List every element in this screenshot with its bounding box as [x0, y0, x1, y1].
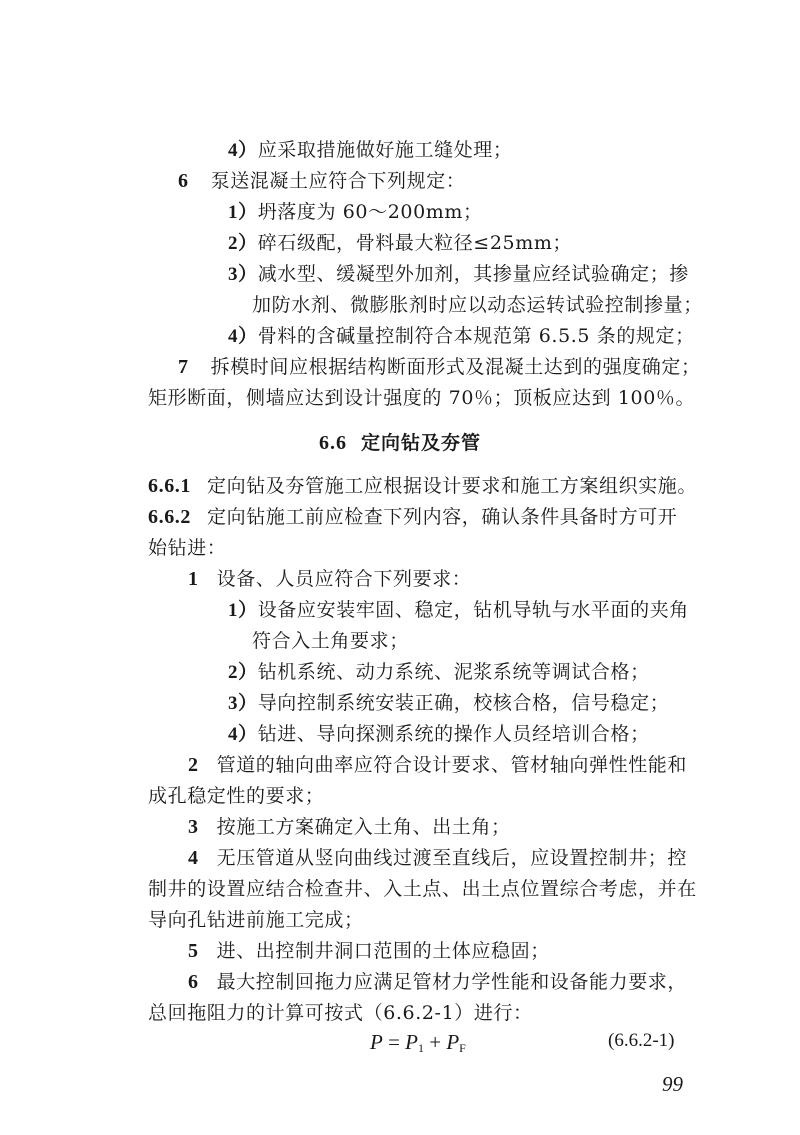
sub-item-line: 1）设备应安装牢固、稳定，钻机导轨与水平面的夹角: [228, 598, 794, 623]
sub-item-line: 4）骨料的含碱量控制符合本规范第 6.5.5 条的规定；: [228, 324, 794, 349]
clause-line: 6.6.2定向钻施工前应检查下列内容，确认条件具备时方可开: [148, 505, 714, 529]
continuation-text: 始钻进：: [148, 537, 226, 559]
formula-term: P: [446, 1030, 459, 1054]
item-line: 2管道的轴向曲率应符合设计要求、管材轴向弹性性能和: [188, 753, 754, 777]
item-line: 7拆模时间应根据结构断面形式及混凝土达到的强度确定；: [178, 355, 744, 379]
sub-item-text: 碎石级配，骨料最大粒径≤25mm；: [258, 232, 572, 254]
continuation-text: 导向孔钻进前施工完成；: [148, 909, 364, 931]
formula-term: P: [405, 1030, 418, 1054]
formula-subscript: F: [459, 1041, 466, 1055]
formula-lhs: P: [370, 1030, 383, 1054]
item-number: 1: [188, 568, 199, 590]
continuation-line: 总回拖阻力的计算可按式（6.6.2-1）进行：: [148, 1001, 714, 1025]
continuation-line: 加防水剂、微膨胀剂时应以动态运转试验控制掺量；: [252, 293, 800, 317]
continuation-line: 始钻进：: [148, 536, 714, 560]
sub-item-number: 4）: [228, 326, 258, 347]
sub-item-number: 4）: [228, 724, 258, 745]
sub-item-number: 4）: [228, 140, 258, 161]
sub-item-line: 2）碎石级配，骨料最大粒径≤25mm；: [228, 231, 794, 256]
formula-equals: =: [383, 1030, 405, 1054]
sub-item-line: 4）应采取措施做好施工缝处理；: [228, 138, 794, 163]
sub-item-number: 1）: [228, 600, 258, 621]
continuation-line: 导向孔钻进前施工完成；: [148, 908, 714, 932]
item-text: 管道的轴向曲率应符合设计要求、管材轴向弹性性能和: [217, 754, 687, 776]
item-text: 进、出控制井洞口范围的土体应稳固；: [217, 940, 550, 962]
sub-item-line: 3）导向控制系统安装正确，校核合格，信号稳定；: [228, 691, 794, 716]
continuation-line: 矩形断面，侧墙应达到设计强度的 70％；顶板应达到 100％。: [148, 386, 714, 410]
item-text: 泵送混凝土应符合下列规定：: [211, 170, 466, 192]
clause-line: 6.6.1定向钻及夯管施工应根据设计要求和施工方案组织实施。: [148, 474, 714, 498]
item-number: 5: [188, 940, 199, 962]
continuation-text: 总回拖阻力的计算可按式（6.6.2-1）进行：: [148, 1002, 533, 1024]
item-text: 设备、人员应符合下列要求：: [217, 568, 472, 590]
sub-item-text: 应采取措施做好施工缝处理；: [258, 139, 513, 161]
continuation-text: 加防水剂、微膨胀剂时应以动态运转试验控制掺量；: [252, 294, 703, 316]
continuation-text: 成孔稳定性的要求；: [148, 785, 324, 807]
continuation-text: 制井的设置应结合检查井、入土点、出土点位置综合考虑，并在: [148, 878, 697, 900]
sub-item-text: 钻进、导向探测系统的操作人员经培训合格；: [258, 723, 650, 745]
sub-item-text: 钻机系统、动力系统、泥浆系统等调试合格；: [258, 661, 650, 683]
item-text: 拆模时间应根据结构断面形式及混凝土达到的强度确定；: [211, 356, 701, 378]
item-line: 6泵送混凝土应符合下列规定：: [178, 169, 744, 193]
continuation-line: 符合入土角要求；: [252, 629, 800, 653]
item-text: 无压管道从竖向曲线过渡至直线后，应设置控制井；控: [217, 847, 687, 869]
item-line: 1设备、人员应符合下列要求：: [188, 567, 754, 591]
sub-item-line: 4）钻进、导向探测系统的操作人员经培训合格；: [228, 722, 794, 747]
sub-item-line: 3）减水型、缓凝型外加剂，其掺量应经试验确定；掺: [228, 262, 794, 287]
sub-item-number: 3）: [228, 693, 258, 714]
item-line: 3按施工方案确定入土角、出土角；: [188, 815, 754, 839]
clause-number: 6.6.2: [148, 506, 191, 528]
item-number: 3: [188, 816, 199, 838]
continuation-text: 矩形断面，侧墙应达到设计强度的 70％；顶板应达到 100％。: [148, 387, 695, 409]
item-number: 7: [178, 356, 189, 378]
sub-item-number: 1）: [228, 202, 258, 223]
page-number: 99: [662, 1072, 683, 1097]
section-number: 6.6: [319, 432, 347, 454]
clause-number: 6.6.1: [148, 475, 191, 497]
formula: P = P1 + PF: [370, 1030, 466, 1056]
document-page: 4）应采取措施做好施工缝处理； 6泵送混凝土应符合下列规定： 1）坍落度为 60…: [0, 0, 800, 1135]
sub-item-line: 2）钻机系统、动力系统、泥浆系统等调试合格；: [228, 660, 794, 685]
sub-item-text: 坍落度为 60～200mm；: [258, 201, 483, 223]
continuation-line: 成孔稳定性的要求；: [148, 784, 714, 808]
sub-item-number: 3）: [228, 264, 258, 285]
clause-text: 定向钻及夯管施工应根据设计要求和施工方案组织实施。: [207, 475, 697, 497]
sub-item-number: 2）: [228, 662, 258, 683]
item-line: 6最大控制回拖力应满足管材力学性能和设备能力要求，: [188, 970, 754, 994]
formula-plus: +: [424, 1030, 446, 1054]
item-number: 6: [188, 971, 199, 993]
continuation-text: 符合入土角要求；: [252, 630, 409, 652]
item-number: 4: [188, 847, 199, 869]
formula-number: (6.6.2-1): [608, 1030, 674, 1052]
clause-text: 定向钻施工前应检查下列内容，确认条件具备时方可开: [207, 506, 677, 528]
sub-item-text: 骨料的含碱量控制符合本规范第 6.5.5 条的规定；: [258, 325, 695, 347]
item-line: 4无压管道从竖向曲线过渡至直线后，应设置控制井；控: [188, 846, 754, 870]
item-line: 5进、出控制井洞口范围的土体应稳固；: [188, 939, 754, 963]
item-text: 最大控制回拖力应满足管材力学性能和设备能力要求，: [217, 971, 687, 993]
sub-item-number: 2）: [228, 233, 258, 254]
sub-item-text: 设备应安装牢固、稳定，钻机导轨与水平面的夹角: [258, 599, 689, 621]
item-number: 2: [188, 754, 199, 776]
section-heading: 6.6定向钻及夯管: [0, 428, 800, 455]
sub-item-text: 减水型、缓凝型外加剂，其掺量应经试验确定；掺: [258, 263, 689, 285]
sub-item-line: 1）坍落度为 60～200mm；: [228, 200, 794, 225]
continuation-line: 制井的设置应结合检查井、入土点、出土点位置综合考虑，并在: [148, 877, 714, 901]
sub-item-text: 导向控制系统安装正确，校核合格，信号稳定；: [258, 692, 670, 714]
item-number: 6: [178, 170, 189, 192]
section-title: 定向钻及夯管: [361, 432, 481, 454]
item-text: 按施工方案确定入土角、出土角；: [217, 816, 511, 838]
